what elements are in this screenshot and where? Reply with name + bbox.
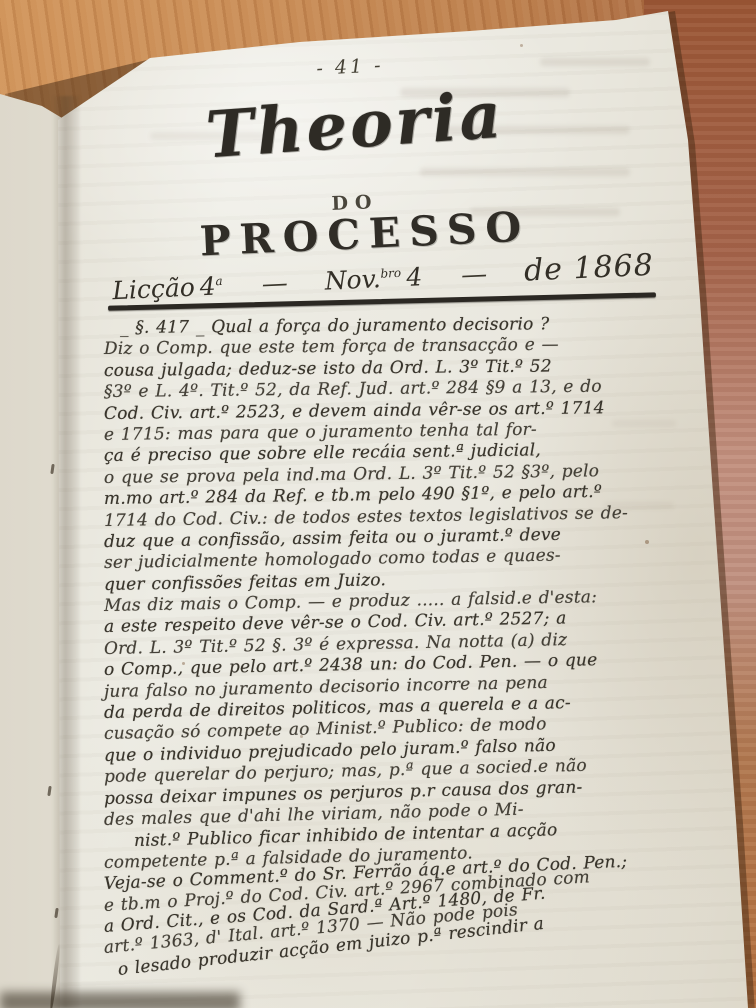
lesson-number: 4	[199, 272, 216, 302]
date-label: Nov.bro 4	[324, 262, 423, 295]
date-month-sup: bro	[380, 266, 401, 281]
flourish-dash: —	[261, 268, 286, 299]
lesson-label: Licção 4a	[112, 271, 224, 305]
lesson-word: Licção	[112, 273, 196, 306]
lesson-number-ordinal: a	[215, 274, 223, 288]
page-number: - 41 -	[270, 52, 431, 82]
flourish-dash: —	[460, 259, 485, 290]
manuscript-body: _ §. 417 _ Qual a força do juramento dec…	[104, 318, 656, 981]
date-month: Nov.	[324, 264, 381, 296]
date-day: 4	[406, 262, 423, 292]
page-content: - 41 - Theoria DO PROCESSO Licção 4a — N…	[0, 0, 756, 1008]
year-label: de 1868	[523, 248, 654, 289]
title-theoria: Theoria	[183, 82, 527, 170]
photo-of-manuscript: - 41 - Theoria DO PROCESSO Licção 4a — N…	[0, 0, 756, 1008]
